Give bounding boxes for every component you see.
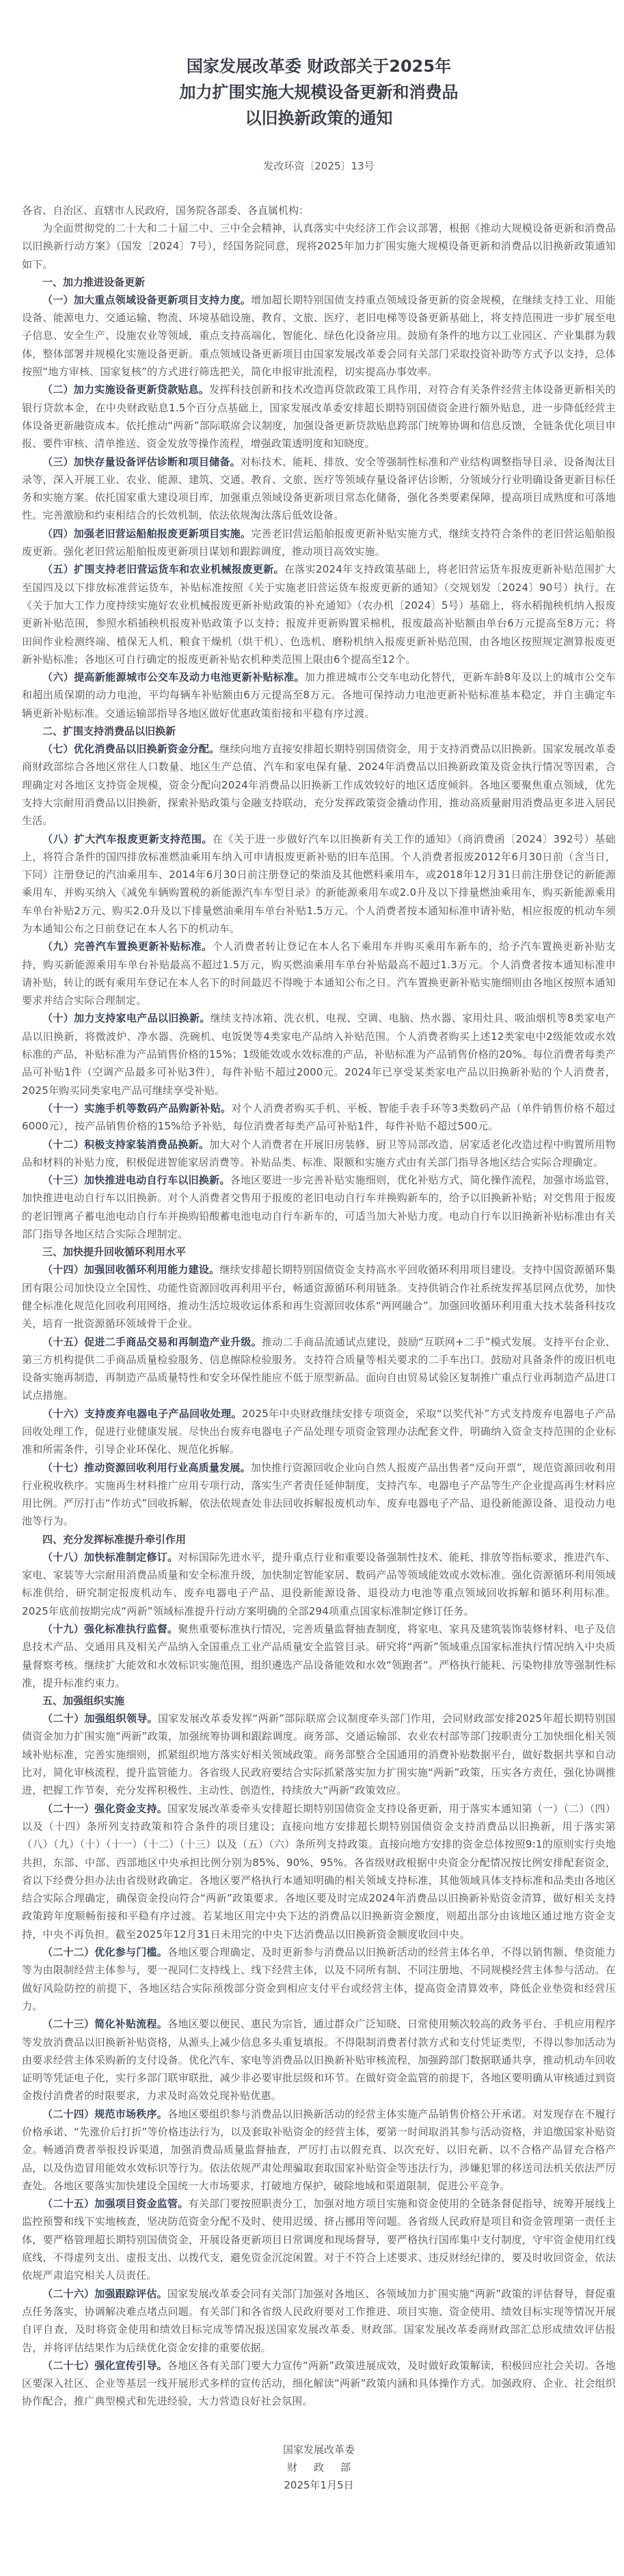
document-number: 发改环资〔2025〕13号 [22, 159, 616, 173]
policy-item-heading: （十七）推动资源回收利用行业高质量发展。 [42, 1462, 251, 1474]
policy-item-body: 继续向地方直接安排超长期特别国债资金，用于支持消费品以旧换新。国家发展改革委商财… [22, 743, 616, 827]
policy-item: （二十六）加强跟踪评估。国家发展改革委会同有关部门加强对各地区、各领域加力扩围实… [22, 2285, 616, 2357]
section-heading: 四、充分发挥标准提升牵引作用 [22, 1531, 616, 1548]
policy-item-heading: （六）提高新能源城市公交车及动力电池更新补贴标准。 [42, 671, 305, 683]
section-heading: 三、加快提升回收循环利用水平 [22, 1243, 616, 1261]
policy-item: （二十五）加强项目资金监管。有关部门要按照职责分工，加强对地方项目实施和资金使用… [22, 2195, 616, 2284]
policy-item: （八）扩大汽车报废更新支持范围。在《关于进一步做好汽车以旧换新有关工作的通知》（… [22, 830, 616, 938]
policy-item: （一）加大重点领域设备更新项目支持力度。增加超长期特别国债支持重点领域设备更新的… [22, 291, 616, 381]
policy-item: （七）优化消费品以旧换新资金分配。继续向地方直接安排超长期特别国债资金，用于支持… [22, 740, 616, 830]
policy-item-heading: （二十五）加强项目资金监管。 [42, 2197, 189, 2210]
title-line-3: 以旧换新政策的通知 [22, 105, 616, 131]
policy-item-body: 各地区要组织参与消费品以旧换新活动的经营主体实施产品销售价格公开承诺。对发现存在… [22, 2108, 616, 2192]
policy-item-heading: （一）加大重点领域设备更新项目支持力度。 [42, 294, 251, 306]
policy-item: （五）扩围支持老旧营运货车和农业机械报废更新。在落实2024年支持政策基础上，将… [22, 560, 616, 668]
section-heading: 一、加力推进设备更新 [22, 273, 616, 291]
policy-item: （十二）积极支持家装消费品换新。加大对个人消费者在开展旧房装修、厨卫等局部改造、… [22, 1136, 616, 1172]
policy-item-heading: （十六）支持废弃电器电子产品回收处理。 [42, 1408, 242, 1420]
title-line-2: 加力扩围实施大规模设备更新和消费品 [22, 79, 616, 105]
policy-item: （十四）加强回收循环利用能力建设。继续安排超长期特别国债资金支持高水平回收循环利… [22, 1261, 616, 1332]
addressee: 各省、自治区、直辖市人民政府，国务院各部委、各直属机构： [22, 202, 616, 219]
policy-item: （二十四）规范市场秩序。各地区要组织参与消费品以旧换新活动的经营主体实施产品销售… [22, 2105, 616, 2195]
policy-item-heading: （二）加力实施设备更新贷款贴息。 [42, 383, 209, 396]
intro-paragraph: 为全面贯彻党的二十大和二十届二中、三中全会精神，认真落实中央经济工作会议部署，根… [22, 219, 616, 273]
policy-item-heading: （十）加力支持家电产品以旧换新。 [42, 1012, 211, 1024]
policy-item-heading: （十八）加快标准制定修订。 [42, 1551, 178, 1563]
policy-item: （二十一）强化资金支持。国家发展改革委牵头安排超长期特别国债资金支持设备更新，用… [22, 1800, 616, 1943]
signature-date: 2025年1月5日 [22, 2476, 616, 2494]
document-title: 国家发展改革委 财政部关于2025年 加力扩围实施大规模设备更新和消费品 以旧换… [22, 53, 616, 131]
policy-item-body: 在落实2024年支持政策基础上，将老旧营运货车报废更新补贴范围扩大至国四及以下排… [22, 563, 616, 665]
policy-item-body: 增加超长期特别国债支持重点领域设备更新的资金规模，在继续支持工业、用能设备、能源… [22, 294, 616, 378]
policy-item: （十五）促进二手商品交易和再制造产业升级。推动二手商品流通试点建设，鼓励“互联网… [22, 1333, 616, 1405]
policy-item-heading: （十五）促进二手商品交易和再制造产业升级。 [42, 1336, 262, 1348]
title-line-1: 国家发展改革委 财政部关于2025年 [22, 53, 616, 79]
policy-item: （六）提高新能源城市公交车及动力电池更新补贴标准。加力推进城市公交车电动化替代，… [22, 668, 616, 722]
policy-item-heading: （十一）实施手机等数码产品购新补贴。 [42, 1102, 231, 1114]
policy-item-heading: （三）加快存量设备评估诊断和项目储备。 [42, 456, 241, 468]
policy-item-heading: （二十六）加强跟踪评估。 [42, 2288, 167, 2300]
policy-item-heading: （十四）加强回收循环利用能力建设。 [42, 1263, 219, 1276]
policy-item: （九）完善汽车置换更新补贴标准。个人消费者转让登记在本人名下乘用车并购买乘用车新… [22, 937, 616, 1009]
policy-item: （四）加强老旧营运船舶报废更新项目实施。完善老旧营运船舶报废更新补贴实施方式，继… [22, 525, 616, 561]
policy-item-body: 国家发展改革委牵头安排超长期特别国债资金支持设备更新，用于落实本通知第（一）（二… [22, 1803, 616, 1941]
policy-item: （二十三）简化补贴流程。各地区要以便民、惠民为宗旨，通过群众广泛知晓、日常使用频… [22, 2015, 616, 2105]
policy-item-body: 各地区要以便民、惠民为宗旨，通过群众广泛知晓、日常使用频次较高的政务平台、手机应… [22, 2018, 616, 2102]
policy-item-heading: （二十二）优化参与门槛。 [42, 1946, 167, 1958]
policy-item-heading: （四）加强老旧营运船舶报废更新项目实施。 [42, 527, 251, 540]
notice-document: 国家发展改革委 财政部关于2025年 加力扩围实施大规模设备更新和消费品 以旧换… [0, 0, 624, 2576]
policy-item-body: 在《关于进一步做好汽车以旧换新有关工作的通知》（商消费函〔2024〕392号）基… [22, 833, 616, 935]
policy-item-heading: （二十一）强化资金支持。 [42, 1803, 167, 1815]
policy-item-heading: （二十七）强化宣传引导。 [42, 2359, 167, 2372]
policy-item-heading: （十九）强化标准执行监督。 [42, 1623, 178, 1635]
policy-item-heading: （八）扩大汽车报废更新支持范围。 [42, 833, 213, 845]
signatory-ndrc: 国家发展改革委 [22, 2441, 616, 2458]
document-body: 一、加力推进设备更新（一）加大重点领域设备更新项目支持力度。增加超长期特别国债支… [22, 273, 616, 2411]
section-heading: 二、扩围支持消费品以旧换新 [22, 722, 616, 740]
policy-item: （二）加力实施设备更新贷款贴息。发挥科技创新和技术改造再贷款政策工具作用，对符合… [22, 381, 616, 452]
policy-item-body: 国家发展改革委发挥“两新”部际联席会议制度牵头部门作用，会同财政部安排2025年… [22, 1712, 616, 1796]
policy-item-heading: （九）完善汽车置换更新补贴标准。 [42, 940, 213, 953]
policy-item: （二十）加强组织领导。国家发展改革委发挥“两新”部际联席会议制度牵头部门作用，会… [22, 1710, 616, 1799]
policy-item: （十一）实施手机等数码产品购新补贴。对个人消费者购买手机、平板、智能手表手环等3… [22, 1099, 616, 1136]
policy-item-heading: （十三）加快推进电动自行车以旧换新。 [42, 1174, 230, 1186]
policy-item-heading: （七）优化消费品以旧换新资金分配。 [42, 743, 219, 755]
policy-item: （三）加快存量设备评估诊断和项目储备。对标技术、能耗、排放、安全等强制性标准和产… [22, 453, 616, 525]
signature-block: 国家发展改革委 财政部 2025年1月5日 [22, 2441, 616, 2494]
policy-item: （十九）强化标准执行监督。聚焦重要标准执行情况，完善质量监督抽查制度，将家电、家… [22, 1620, 616, 1692]
policy-item-heading: （五）扩围支持老旧营运货车和农业机械报废更新。 [42, 563, 284, 575]
policy-item-body: 继续支持冰箱、洗衣机、电视、空调、电脑、热水器、家用灶具、吸油烟机等8类家电产品… [22, 1012, 616, 1096]
policy-item: （二十七）强化宣传引导。各地区各有关部门要大力宣传“两新”政策进展成效，及时做好… [22, 2357, 616, 2411]
policy-item: （十）加力支持家电产品以旧换新。继续支持冰箱、洗衣机、电视、空调、电脑、热水器、… [22, 1009, 616, 1099]
policy-item: （十七）推动资源回收利用行业高质量发展。加快推行资源回收企业向自然人报废产品出售… [22, 1459, 616, 1531]
policy-item: （十三）加快推进电动自行车以旧换新。各地区要进一步完善补贴实施细则，优化补贴方式… [22, 1171, 616, 1243]
section-heading: 五、加强组织实施 [22, 1692, 616, 1710]
policy-item: （十八）加快标准制定修订。对标国际先进水平，提升重点行业和重要设备强制性技术、能… [22, 1548, 616, 1620]
policy-item: （二十二）优化参与门槛。各地区要合理确定、及时更新参与消费品以旧换新活动的经营主… [22, 1943, 616, 2015]
policy-item-heading: （二十三）简化补贴流程。 [42, 2018, 167, 2030]
policy-item-heading: （十二）积极支持家装消费品换新。 [42, 1138, 209, 1151]
policy-item-heading: （二十四）规范市场秩序。 [42, 2108, 167, 2120]
policy-item-heading: （二十）加强组织领导。 [42, 1712, 158, 1725]
signatory-mof: 财政部 [22, 2458, 616, 2476]
policy-item: （十六）支持废弃电器电子产品回收处理。2025年中央财政继续安排专项资金，采取“… [22, 1405, 616, 1459]
policy-item-body: 有关部门要按照职责分工，加强对地方项目实施和资金使用的全链条督促指导，统筹开展线… [22, 2197, 616, 2282]
